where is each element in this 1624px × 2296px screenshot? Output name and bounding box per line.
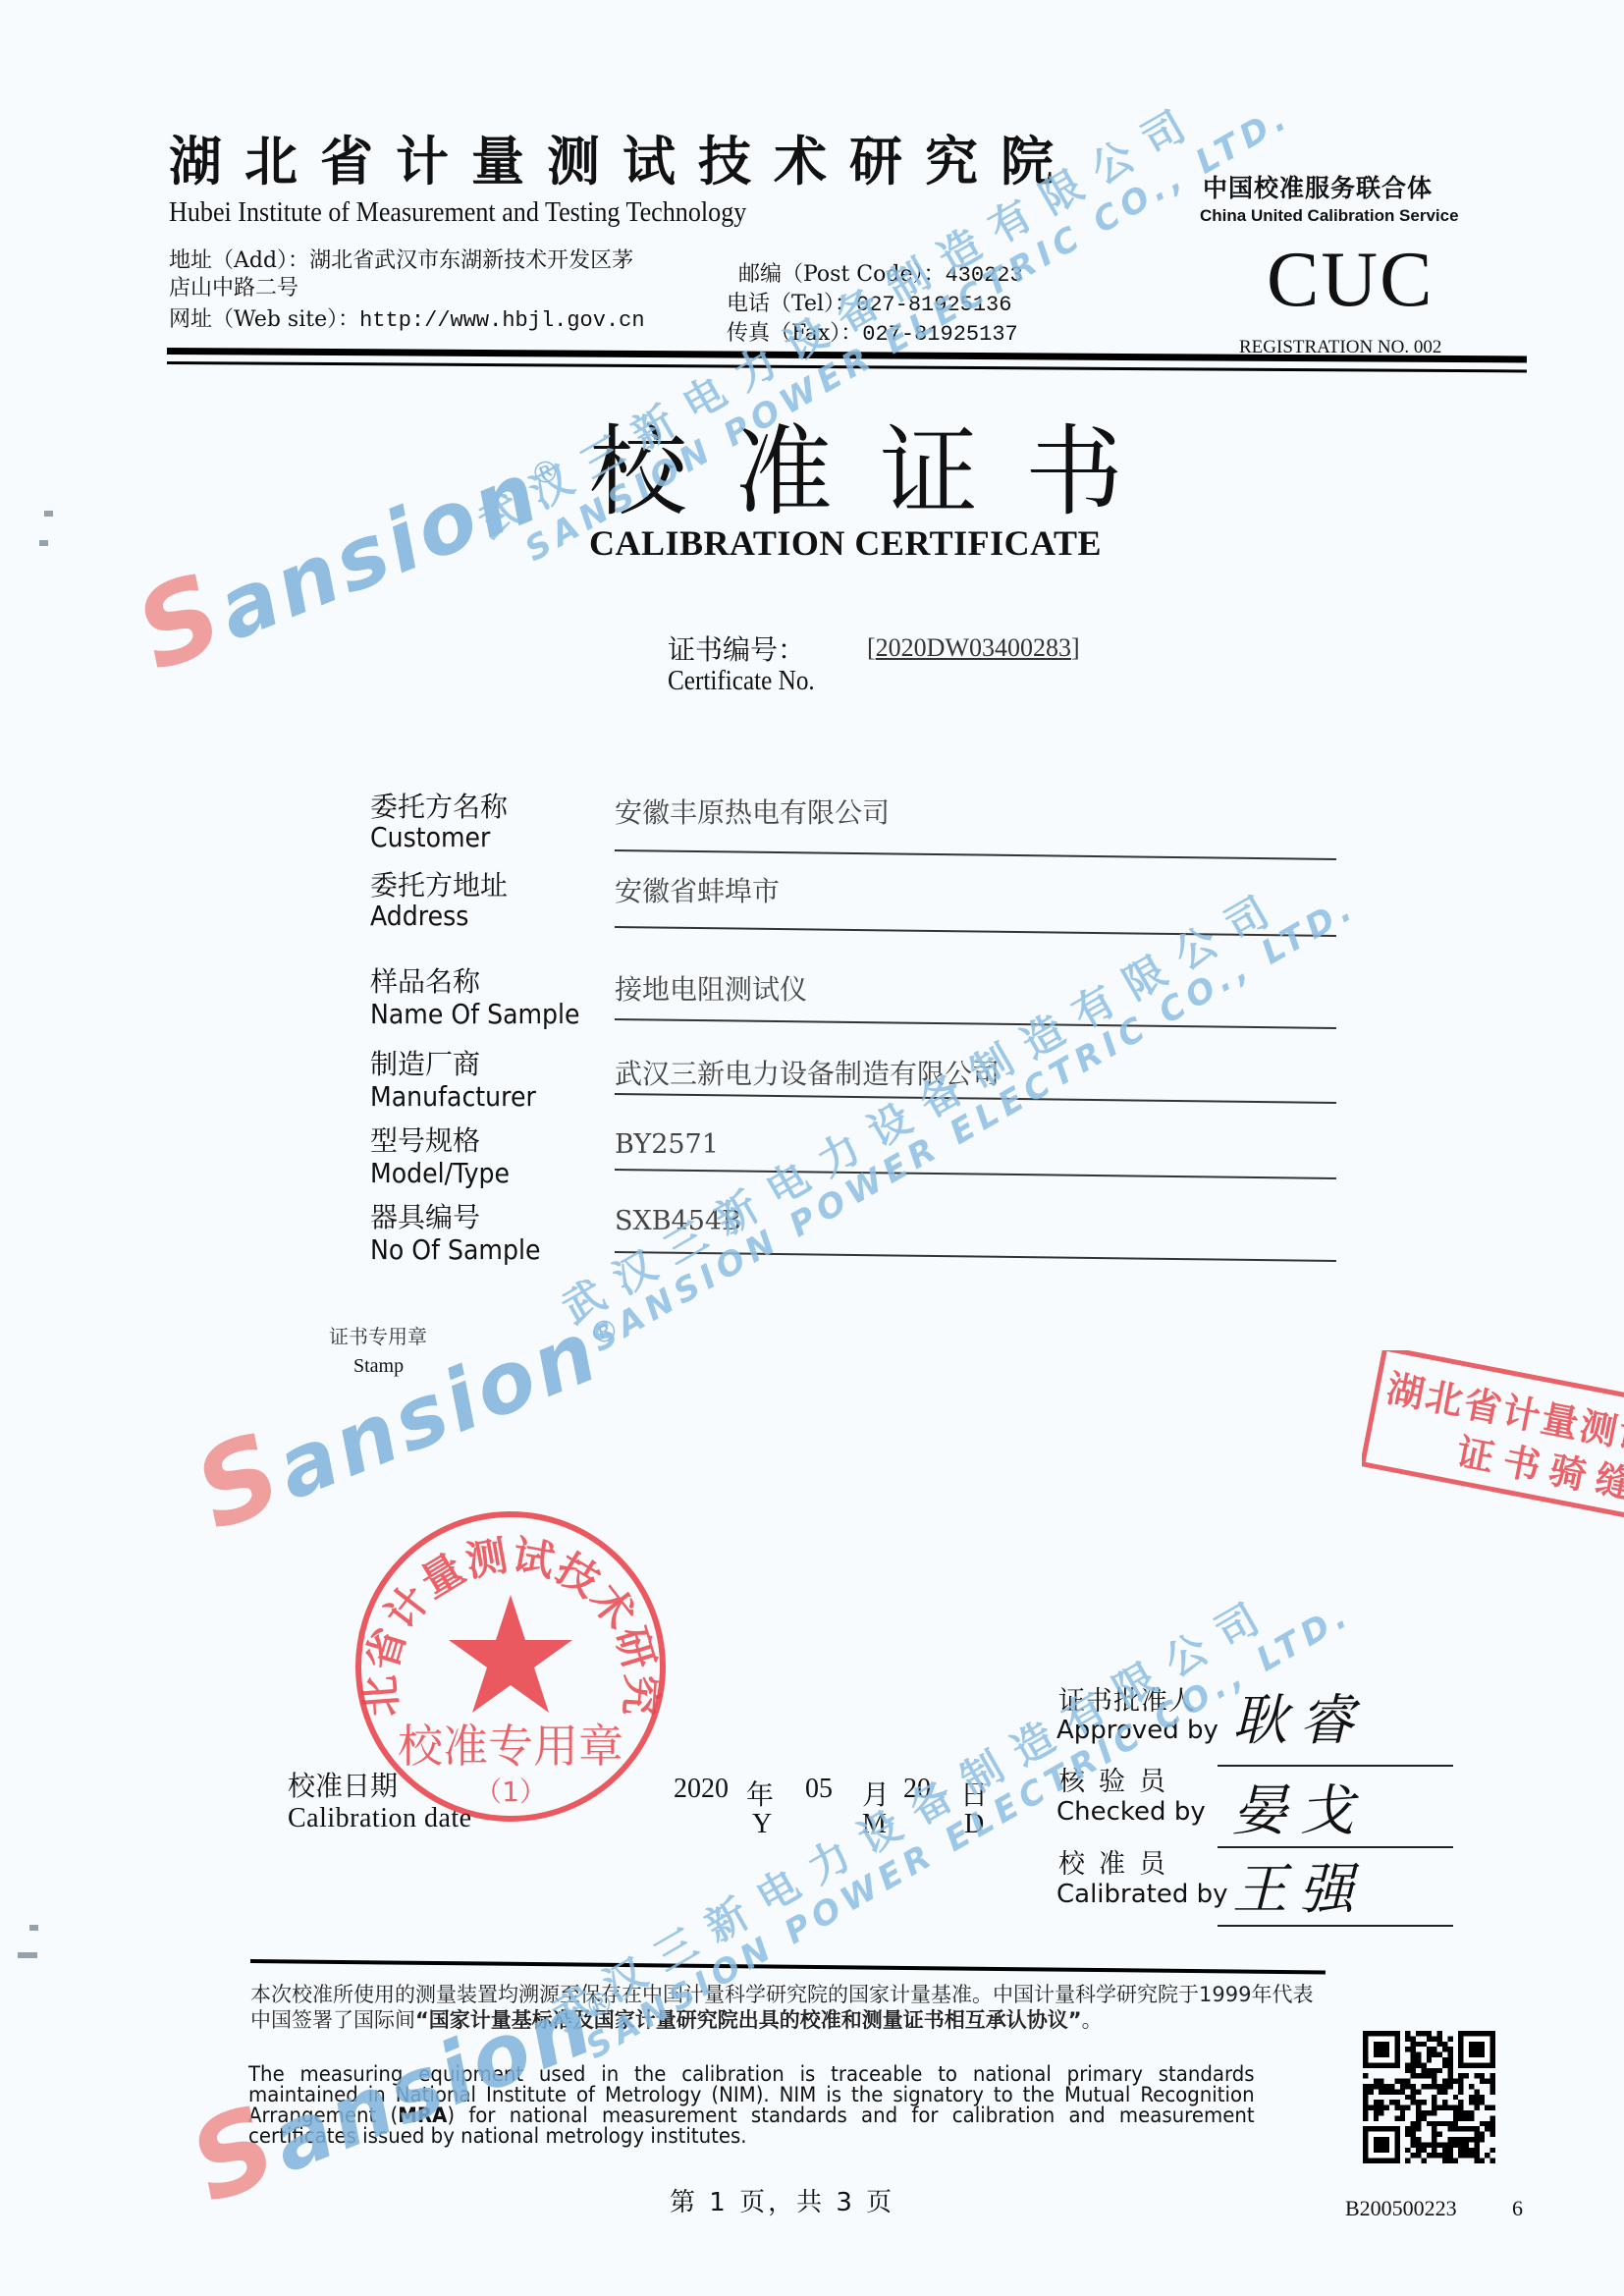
- calibrated-by-label-en: Calibrated by: [1056, 1880, 1228, 1909]
- approved-by-label-cn: 证书批准人: [1058, 1679, 1196, 1718]
- address-underline: [615, 926, 1336, 937]
- manufacturer-label-en: Manufacturer: [370, 1080, 536, 1113]
- postcode-label: 邮编（Post Code）：: [738, 262, 945, 287]
- seal-center-text: 校准专用章: [398, 1720, 623, 1773]
- footer-rule: [250, 1959, 1326, 1974]
- traceability-statement-cn: 本次校准所使用的测量装置均溯源至保存在中国计量科学研究院的国家计量基准。中国计量…: [250, 1982, 1321, 2033]
- website-label: 网址（Web site）：: [169, 307, 359, 332]
- manufacturer-label-cn: 制造厂商: [370, 1043, 480, 1082]
- date-day-cn: 日: [960, 1774, 988, 1813]
- sample-name-label-en: Name Of Sample: [370, 998, 580, 1030]
- sample-no-underline: [615, 1251, 1336, 1262]
- statement-cn-bold: “国家计量基标准及国家计量研究院出具的校准和测量证书相互承认协议”: [415, 2008, 1082, 2032]
- calibration-date-label-en: Calibration date: [288, 1803, 472, 1834]
- customer-label-cn: 委托方名称: [370, 786, 508, 825]
- date-day: 20: [903, 1774, 931, 1805]
- address-value-1: 湖北省武汉市东湖新技术开发区茅: [309, 248, 633, 273]
- model-label-cn: 型号规格: [370, 1120, 480, 1159]
- sample-name-label-cn: 样品名称: [370, 960, 480, 1000]
- fax-value: 027-81925137: [862, 322, 1017, 347]
- date-month-en: M: [862, 1809, 887, 1840]
- cuc-name-en: China United Calibration Service: [1200, 206, 1459, 226]
- stamp-label-en: Stamp: [353, 1355, 404, 1378]
- customer-value: 安徽丰原热电有限公司: [615, 792, 890, 831]
- calibrated-by-label-cn: 校准员: [1058, 1842, 1179, 1881]
- manufacturer-underline: [615, 1093, 1336, 1104]
- calibration-date-label-cn: 校准日期: [288, 1765, 398, 1804]
- watermark-company-en: SANSION POWER ELECTRIC CO., LTD.: [584, 888, 1364, 1360]
- sample-no-value: SXB454B: [615, 1206, 741, 1236]
- cuc-logo: CUC: [1267, 241, 1435, 319]
- checked-by-label-cn: 核验员: [1058, 1760, 1179, 1798]
- bracket-close: ]: [1071, 633, 1080, 662]
- model-value: BY2571: [615, 1129, 719, 1160]
- date-day-en: D: [964, 1809, 984, 1840]
- qr-code[interactable]: [1363, 2031, 1495, 2163]
- certificate-no-label-en: Certificate No.: [668, 666, 815, 697]
- document-page: 6: [1512, 2196, 1523, 2221]
- approved-by-label-en: Approved by: [1056, 1716, 1218, 1745]
- calibrated-by-signature: 王强: [1232, 1846, 1366, 1925]
- checked-by-signature: 晏戈: [1232, 1768, 1366, 1846]
- sample-no-label-cn: 器具编号: [370, 1196, 480, 1235]
- date-year: 2020: [674, 1774, 729, 1805]
- bracket-open: [: [867, 633, 876, 662]
- perforation-seal: 湖北省计量测试技 证书骑缝: [1362, 1350, 1624, 1527]
- calibrated-by-line: [1218, 1925, 1453, 1927]
- fax-line: 传真（Fax）：027-81925137: [727, 316, 1018, 347]
- model-underline: [615, 1169, 1336, 1179]
- approved-by-line: [1218, 1765, 1453, 1767]
- manufacturer-value: 武汉三新电力设备制造有限公司: [615, 1053, 1000, 1092]
- checked-by-label-en: Checked by: [1056, 1797, 1206, 1827]
- margin-mark: [18, 1952, 37, 1958]
- approved-by-signature: 耿睿: [1232, 1677, 1366, 1756]
- address-label-en: Address: [370, 900, 468, 932]
- customer-underline: [615, 849, 1336, 860]
- stamp-label-cn: 证书专用章: [329, 1321, 427, 1349]
- header-rule-thin: [167, 361, 1527, 372]
- model-label-en: Model/Type: [370, 1157, 510, 1189]
- tel-value: 027-81925136: [856, 293, 1011, 317]
- institute-name-cn: 湖北省计量测试技术研究院: [169, 120, 1076, 195]
- watermark-company-cn: 武汉三新电力设备制造有限公司: [550, 872, 1293, 1336]
- address-line-1: 地址（Add）：湖北省武汉市东湖新技术开发区茅: [169, 244, 633, 274]
- statement-cn-part2: 。: [1082, 2008, 1103, 2032]
- certificate-title-cn: 校准证书: [589, 393, 1170, 534]
- watermark-logo: Sansion®: [120, 409, 587, 695]
- address-value-2: 店山中路二号: [169, 276, 298, 301]
- address-label: 地址（Add）：: [169, 248, 309, 273]
- sample-name-value: 接地电阻测试仪: [615, 968, 807, 1008]
- certificate-no-label-cn: 证书编号：: [668, 629, 805, 668]
- cuc-name-cn: 中国校准服务联合体: [1203, 169, 1433, 204]
- institute-name-en: Hubei Institute of Measurement and Testi…: [169, 196, 746, 229]
- traceability-statement-en: The measuring equipment used in the cali…: [248, 2064, 1255, 2147]
- postcode-value: 430223: [945, 263, 1022, 288]
- customer-label-en: Customer: [370, 821, 490, 853]
- website-link[interactable]: http://www.hbjl.gov.cn: [359, 308, 644, 333]
- document-code: B200500223: [1345, 2196, 1457, 2221]
- margin-mark: [29, 1925, 38, 1931]
- website-line: 网址（Web site）：http://www.hbjl.gov.cn: [169, 302, 645, 333]
- fax-label: 传真（Fax）：: [727, 321, 862, 346]
- postcode-line: 邮编（Post Code）：430223: [738, 257, 1023, 288]
- page-indicator: 第 1 页，共 3 页: [670, 2182, 894, 2218]
- sample-no-label-en: No Of Sample: [370, 1233, 540, 1266]
- seal-number: （1）: [474, 1776, 547, 1808]
- date-month: 05: [805, 1774, 833, 1805]
- address-label-cn: 委托方地址: [370, 864, 508, 903]
- sample-name-underline: [615, 1018, 1336, 1029]
- margin-mark: [44, 511, 53, 517]
- address-value: 安徽省蚌埠市: [615, 870, 780, 909]
- star-icon: [449, 1595, 572, 1713]
- certificate-number: 2020DW03400283: [876, 633, 1071, 662]
- date-year-en: Y: [752, 1809, 772, 1840]
- date-year-cn: 年: [746, 1774, 774, 1813]
- tel-line: 电话（Tel）：027-81925136: [727, 287, 1011, 317]
- margin-mark: [39, 540, 48, 546]
- address-line-2: 店山中路二号: [169, 271, 298, 301]
- tel-label: 电话（Tel）：: [727, 292, 856, 316]
- certificate-no-value: [2020DW03400283]: [867, 633, 1080, 663]
- date-month-cn: 月: [862, 1774, 890, 1813]
- certificate-title-en: CALIBRATION CERTIFICATE: [589, 522, 1102, 564]
